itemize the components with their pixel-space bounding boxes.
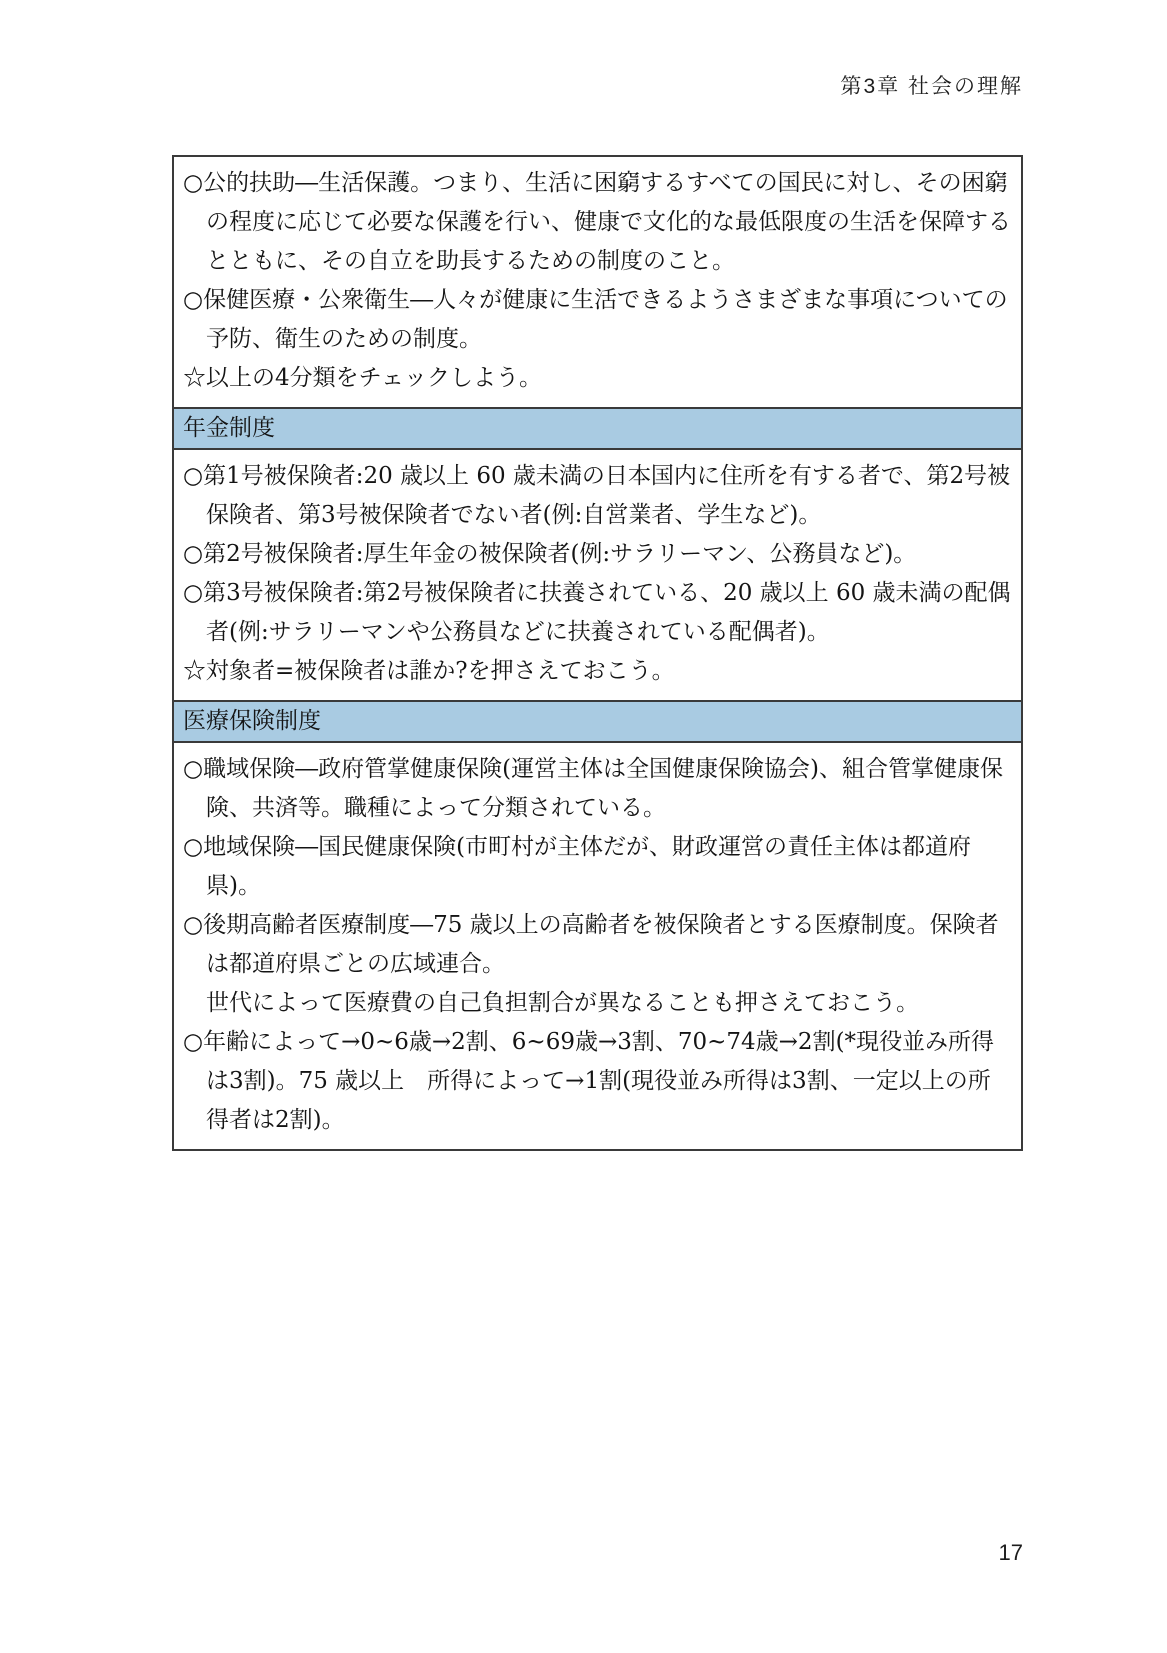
paragraph-regional-insurance: ○地域保険―国民健康保険(市町村が主体だが、財政運営の責任主体は都道府県)。 bbox=[183, 828, 1012, 906]
paragraph-copayment-by-age: ○年齢によって→0~6歳→2割、6~69歳→3割、70~74歳→2割(*現役並み… bbox=[183, 1023, 1012, 1140]
section-pension-system: ○第1号被保険者:20 歳以上 60 歳未満の日本国内に住所を有する者で、第2号… bbox=[174, 450, 1021, 700]
paragraph-health-public-hygiene: ○保健医療・公衆衛生―人々が健康に生活できるようさまざまな事項についての予防、衛… bbox=[183, 281, 1012, 359]
paragraph-insured-no2: ○第2号被保険者:厚生年金の被保険者(例:サラリーマン、公務員など)。 bbox=[183, 535, 1012, 574]
note-copayment-by-generation: 世代によって医療費の自己負担割合が異なることも押さえておこう。 bbox=[183, 984, 1012, 1023]
paragraph-insured-no1: ○第1号被保険者:20 歳以上 60 歳未満の日本国内に住所を有する者で、第2号… bbox=[183, 457, 1012, 535]
note-who-is-insured: ☆対象者=被保険者は誰か?を押さえておこう。 bbox=[183, 652, 1012, 691]
content-box: ○公的扶助―生活保護。つまり、生活に困窮するすべての国民に対し、その困窮の程度に… bbox=[172, 155, 1023, 1151]
paragraph-workplace-insurance: ○職域保険―政府管掌健康保険(運営主体は全国健康保険協会)、組合管掌健康保険、共… bbox=[183, 750, 1012, 828]
paragraph-public-assistance: ○公的扶助―生活保護。つまり、生活に困窮するすべての国民に対し、その困窮の程度に… bbox=[183, 164, 1012, 281]
note-check-four-classifications: ☆以上の4分類をチェックしよう。 bbox=[183, 359, 1012, 398]
chapter-header: 第3章 社会の理解 bbox=[172, 70, 1023, 100]
section-welfare-classification: ○公的扶助―生活保護。つまり、生活に困窮するすべての国民に対し、その困窮の程度に… bbox=[174, 157, 1021, 407]
page-number: 17 bbox=[172, 1540, 1023, 1566]
section-header-pension-system: 年金制度 bbox=[174, 407, 1021, 450]
section-header-medical-insurance: 医療保険制度 bbox=[174, 700, 1021, 743]
paragraph-insured-no3: ○第3号被保険者:第2号被保険者に扶養されている、20 歳以上 60 歳未満の配… bbox=[183, 574, 1012, 652]
paragraph-late-elderly-medical-system: ○後期高齢者医療制度―75 歳以上の高齢者を被保険者とする医療制度。保険者は都道… bbox=[183, 906, 1012, 984]
section-medical-insurance: ○職域保険―政府管掌健康保険(運営主体は全国健康保険協会)、組合管掌健康保険、共… bbox=[174, 743, 1021, 1149]
